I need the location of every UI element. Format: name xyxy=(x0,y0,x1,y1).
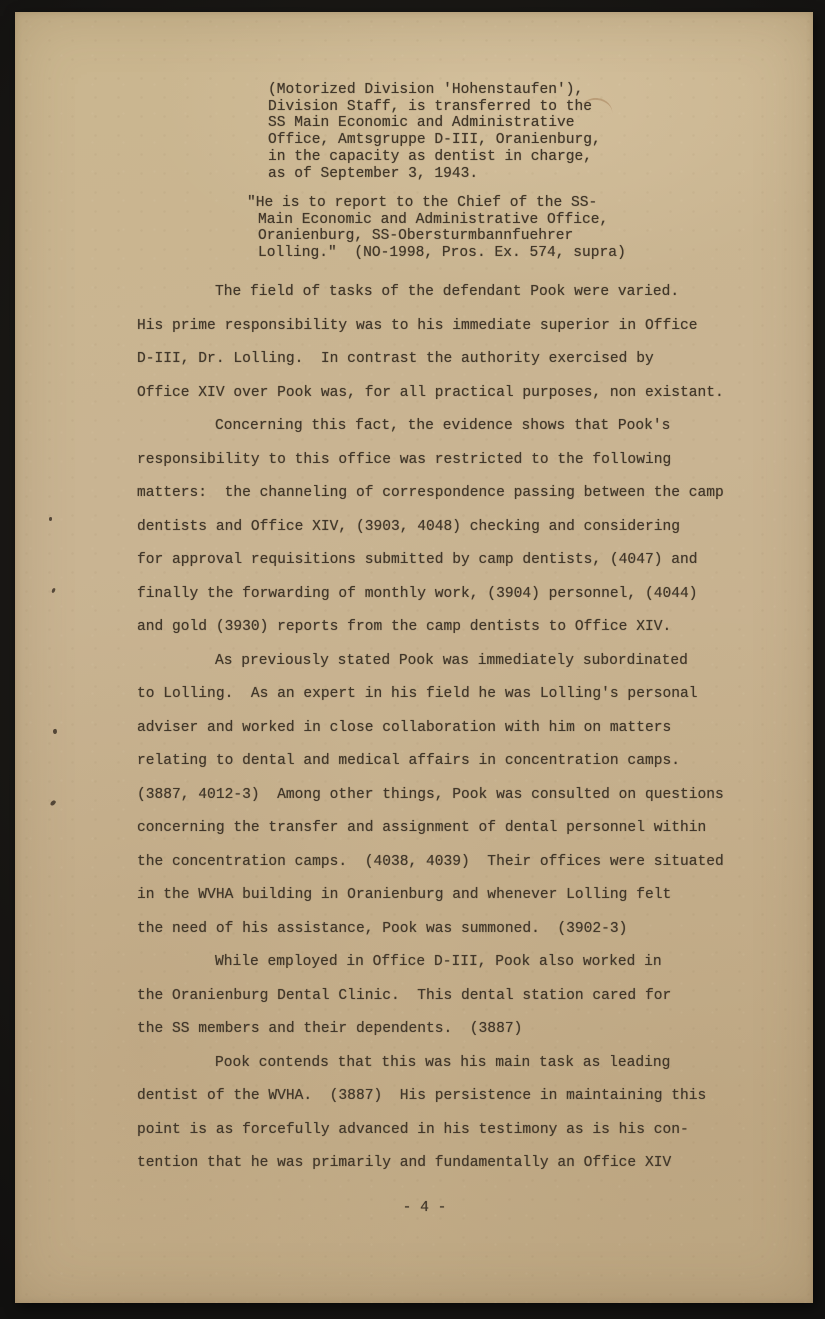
paragraph: Concerning this fact, the evidence shows… xyxy=(137,410,737,645)
text-line: tention that he was primarily and fundam… xyxy=(137,1147,737,1181)
paragraph: As previously stated Pook was immediatel… xyxy=(137,645,737,947)
text-line: the Oranienburg Dental Clinic. This dent… xyxy=(137,980,737,1014)
paragraph: Pook contends that this was his main tas… xyxy=(137,1047,737,1181)
block-quote-1: (Motorized Division 'Hohenstaufen'),Divi… xyxy=(268,82,601,182)
text-line: Office XIV over Pook was, for all practi… xyxy=(137,377,737,411)
text-line: While employed in Office D-III, Pook als… xyxy=(137,946,737,980)
text-line: His prime responsibility was to his imme… xyxy=(137,310,737,344)
text-line: and gold (3930) reports from the camp de… xyxy=(137,611,737,645)
text-line: point is as forcefully advanced in his t… xyxy=(137,1114,737,1148)
text-line: adviser and worked in close collaboratio… xyxy=(137,712,737,746)
body-text: The field of tasks of the defendant Pook… xyxy=(137,276,737,1181)
text-line: dentist of the WVHA. (3887) His persiste… xyxy=(137,1080,737,1114)
text-line: to Lolling. As an expert in his field he… xyxy=(137,678,737,712)
text-line: Concerning this fact, the evidence shows… xyxy=(137,410,737,444)
text-line: (3887, 4012-3) Among other things, Pook … xyxy=(137,779,737,813)
text-line: Pook contends that this was his main tas… xyxy=(137,1047,737,1081)
text-line: finally the forwarding of monthly work, … xyxy=(137,578,737,612)
page-number: - 4 - xyxy=(137,1200,712,1217)
text-line: As previously stated Pook was immediatel… xyxy=(137,645,737,679)
ink-speck xyxy=(49,517,52,521)
ink-speck xyxy=(53,729,58,735)
text-line: Division Staff, is transferred to the xyxy=(268,99,601,116)
text-line: Main Economic and Administrative Office, xyxy=(247,212,626,229)
text-line: the concentration camps. (4038, 4039) Th… xyxy=(137,846,737,880)
text-line: the SS members and their dependents. (38… xyxy=(137,1013,737,1047)
text-line: in the capacity as dentist in charge, xyxy=(268,149,601,166)
text-line: Oranienburg, SS-Obersturmbannfuehrer xyxy=(247,228,626,245)
ink-speck xyxy=(51,588,55,594)
text-line: as of September 3, 1943. xyxy=(268,166,601,183)
document-page: (Motorized Division 'Hohenstaufen'),Divi… xyxy=(15,12,813,1303)
text-line: in the WVHA building in Oranienburg and … xyxy=(137,879,737,913)
scan-background: (Motorized Division 'Hohenstaufen'),Divi… xyxy=(0,0,825,1319)
text-line: "He is to report to the Chief of the SS- xyxy=(247,195,626,212)
text-line: for approval requisitions submitted by c… xyxy=(137,544,737,578)
text-line: relating to dental and medical affairs i… xyxy=(137,745,737,779)
text-line: Office, Amtsgruppe D-III, Oranienburg, xyxy=(268,132,601,149)
text-line: concerning the transfer and assignment o… xyxy=(137,812,737,846)
paragraph: While employed in Office D-III, Pook als… xyxy=(137,946,737,1047)
text-line: responsibility to this office was restri… xyxy=(137,444,737,478)
text-line: the need of his assistance, Pook was sum… xyxy=(137,913,737,947)
ink-speck xyxy=(50,799,57,806)
block-quote-2: "He is to report to the Chief of the SS-… xyxy=(247,195,626,262)
text-line: SS Main Economic and Administrative xyxy=(268,115,601,132)
text-line: (Motorized Division 'Hohenstaufen'), xyxy=(268,82,601,99)
text-line: The field of tasks of the defendant Pook… xyxy=(137,276,737,310)
paragraph: The field of tasks of the defendant Pook… xyxy=(137,276,737,410)
text-line: Lolling." (NO-1998, Pros. Ex. 574, supra… xyxy=(247,245,626,262)
text-line: D-III, Dr. Lolling. In contrast the auth… xyxy=(137,343,737,377)
text-line: matters: the channeling of correspondenc… xyxy=(137,477,737,511)
text-line: dentists and Office XIV, (3903, 4048) ch… xyxy=(137,511,737,545)
